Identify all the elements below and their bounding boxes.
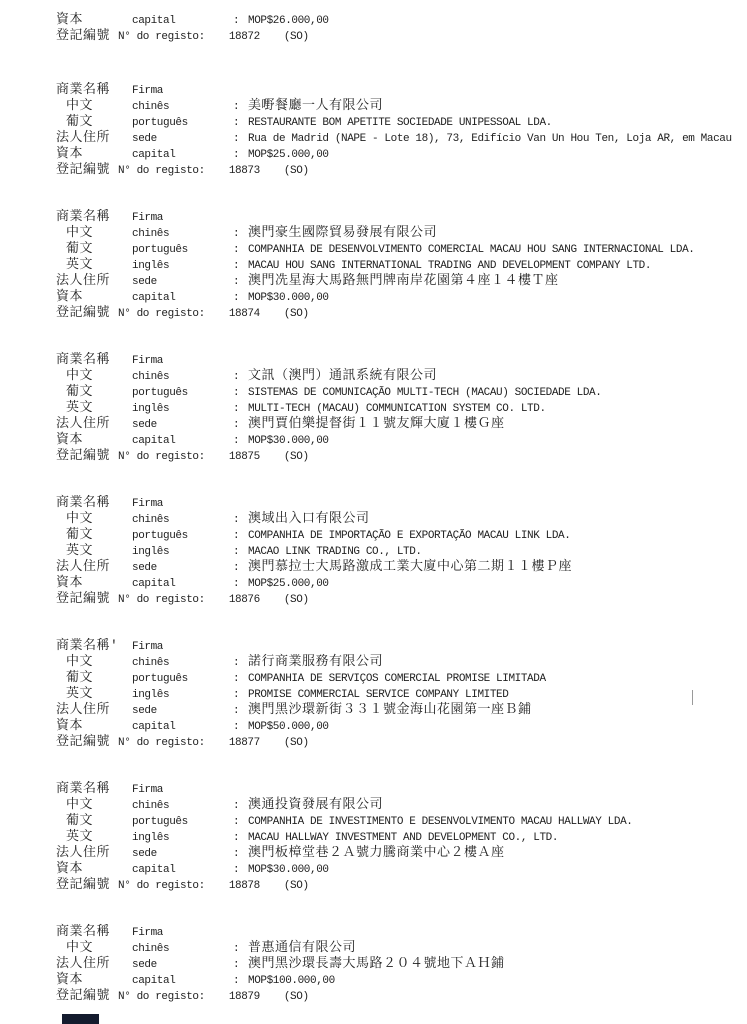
field-label-pt: capital	[132, 576, 233, 592]
field-label-zh: 中文	[56, 797, 132, 813]
field-label-zh: 資本	[56, 972, 132, 988]
field-value: MOP$25.000,00	[248, 576, 741, 592]
field-separator: :	[233, 417, 248, 433]
field-separator: :	[233, 560, 248, 576]
entry-row-sede: 法人住所sede:澳門冼星海大馬路無門牌南岸花園第４座１４樓Ｔ座	[56, 273, 741, 289]
entry-row-capital: 資本capital:MOP$30.000,00	[56, 289, 741, 305]
field-label-zh: 商業名稱	[56, 495, 132, 511]
field-value: 澳通投資發展有限公司	[248, 797, 741, 813]
field-separator: :	[233, 941, 248, 957]
entry-row-portugus: 葡文português:RESTAURANTE BOM APETITE SOCI…	[56, 114, 741, 130]
entry-row-portugus: 葡文português:SISTEMAS DE COMUNICAÇÃO MULT…	[56, 384, 741, 400]
field-label-pt: capital	[132, 433, 233, 449]
entry-row-chins: 中文chinês:澳域出入口有限公司	[56, 511, 741, 527]
field-label-zh: 葡文	[56, 114, 132, 130]
field-separator: :	[233, 115, 248, 131]
field-label-pt: capital	[132, 719, 233, 735]
field-label-zh: 資本	[56, 12, 132, 28]
entry-row-capital: 資本capital:MOP$50.000,00	[56, 718, 741, 734]
registry-entry: 商業名稱Firma中文chinês:普惠通信有限公司法人住所sede:澳門黑沙環…	[56, 924, 741, 1004]
field-value: 美嘢餐廳一人有限公司	[248, 98, 741, 114]
field-label-pt: Firma	[132, 210, 233, 226]
registration-number: 18873	[229, 163, 260, 179]
entry-row-portugus: 葡文português:COMPANHIA DE SERVIÇOS COMERC…	[56, 670, 741, 686]
registration-number: 18874	[229, 306, 260, 322]
field-label-zh: 法人住所	[56, 130, 132, 146]
field-value: MOP$26.000,00	[248, 13, 741, 29]
field-separator: :	[233, 671, 248, 687]
entry-row-firma: 商業名稱Firma	[56, 924, 741, 940]
field-label-pt: sede	[132, 957, 233, 973]
field-label-pt: capital	[132, 290, 233, 306]
entry-row-ingls: 英文inglês:MACAU HOU SANG INTERNATIONAL TR…	[56, 257, 741, 273]
field-value: COMPANHIA DE IMPORTAÇÃO E EXPORTAÇÃO MAC…	[248, 528, 741, 544]
entry-row-firma: 商業名稱'Firma	[56, 638, 741, 654]
field-value: 文訊（澳門）通訊系統有限公司	[248, 368, 741, 384]
field-label-pt: N° do registo:	[118, 735, 205, 751]
field-label-pt: inglês	[132, 544, 233, 560]
field-label-pt: chinês	[132, 941, 233, 957]
field-separator: :	[233, 258, 248, 274]
field-label-pt: chinês	[132, 99, 233, 115]
field-value: MOP$100.000,00	[248, 973, 741, 989]
field-label-zh: 商業名稱	[56, 209, 132, 225]
document-page: 資本capital:MOP$26.000,00登記編號N° do registo…	[0, 0, 747, 1024]
field-label-pt: Firma	[132, 353, 233, 369]
registration-suffix: (SO)	[284, 592, 309, 608]
field-value: 澳門冼星海大馬路無門牌南岸花園第４座１４樓Ｔ座	[248, 273, 741, 289]
registration-number: 18875	[229, 449, 260, 465]
entry-row-firma: 商業名稱Firma	[56, 82, 741, 98]
field-label-zh: 商業名稱	[56, 352, 132, 368]
field-value: PROMISE COMMERCIAL SERVICE COMPANY LIMIT…	[248, 687, 741, 703]
registry-entry: 商業名稱Firma中文chinês:澳通投資發展有限公司葡文português:…	[56, 781, 741, 893]
registration-suffix: (SO)	[284, 29, 309, 45]
entry-row-chins: 中文chinês:澳通投資發展有限公司	[56, 797, 741, 813]
field-value: MOP$30.000,00	[248, 862, 741, 878]
field-label-zh: 中文	[56, 368, 132, 384]
field-label-pt: português	[132, 671, 233, 687]
field-separator: :	[233, 846, 248, 862]
field-label-zh: 登記編號	[56, 448, 118, 464]
field-separator: :	[233, 798, 248, 814]
field-label-pt: N° do registo:	[118, 592, 205, 608]
entry-row-sede: 法人住所sede:Rua de Madrid (NAPE - Lote 18),…	[56, 130, 741, 146]
registration-number: 18877	[229, 735, 260, 751]
field-separator: :	[233, 957, 248, 973]
entry-row-chins: 中文chinês:諾行商業服務有限公司	[56, 654, 741, 670]
entry-row-registo: 登記編號N° do registo:18873(SO)	[56, 162, 741, 178]
field-separator: :	[233, 131, 248, 147]
field-separator: :	[233, 862, 248, 878]
entry-row-chins: 中文chinês:普惠通信有限公司	[56, 940, 741, 956]
entry-row-portugus: 葡文português:COMPANHIA DE INVESTIMENTO E …	[56, 813, 741, 829]
entry-row-chins: 中文chinês:美嘢餐廳一人有限公司	[56, 98, 741, 114]
entry-row-sede: 法人住所sede:澳門板樟堂巷２Ａ號力騰商業中心２樓Ａ座	[56, 845, 741, 861]
entry-row-capital: 資本capital:MOP$30.000,00	[56, 432, 741, 448]
field-value: 澳門板樟堂巷２Ａ號力騰商業中心２樓Ａ座	[248, 845, 741, 861]
entry-row-chins: 中文chinês:文訊（澳門）通訊系統有限公司	[56, 368, 741, 384]
registration-number: 18878	[229, 878, 260, 894]
field-label-zh: 英文	[56, 686, 132, 702]
entry-row-capital: 資本capital:MOP$100.000,00	[56, 972, 741, 988]
registry-entry: 資本capital:MOP$26.000,00登記編號N° do registo…	[56, 12, 741, 44]
registry-entry: 商業名稱Firma中文chinês:文訊（澳門）通訊系統有限公司葡文portug…	[56, 352, 741, 464]
entry-row-registo: 登記編號N° do registo:18874(SO)	[56, 305, 741, 321]
field-value: RESTAURANTE BOM APETITE SOCIEDADE UNIPES…	[248, 115, 741, 131]
field-label-zh: 商業名稱	[56, 82, 132, 98]
field-value: 澳域出入口有限公司	[248, 511, 741, 527]
scan-artifact-blot	[62, 1014, 99, 1024]
field-label-pt: capital	[132, 862, 233, 878]
entry-row-portugus: 葡文português:COMPANHIA DE DESENVOLVIMENTO…	[56, 241, 741, 257]
field-label-pt: N° do registo:	[118, 989, 205, 1005]
registration-number: 18879	[229, 989, 260, 1005]
field-label-zh: 中文	[56, 654, 132, 670]
field-label-zh: 葡文	[56, 813, 132, 829]
field-label-pt: sede	[132, 703, 233, 719]
field-label-pt: sede	[132, 417, 233, 433]
field-label-pt: sede	[132, 846, 233, 862]
field-value: COMPANHIA DE INVESTIMENTO E DESENVOLVIME…	[248, 814, 741, 830]
field-label-pt: N° do registo:	[118, 449, 205, 465]
field-separator: :	[233, 274, 248, 290]
field-label-zh: 法人住所	[56, 559, 132, 575]
field-label-zh: 資本	[56, 718, 132, 734]
field-label-zh: 商業名稱'	[56, 638, 132, 654]
entry-row-registo: 登記編號N° do registo:18877(SO)	[56, 734, 741, 750]
field-label-pt: Firma	[132, 639, 233, 655]
entry-row-chins: 中文chinês:澳門豪生國際貿易發展有限公司	[56, 225, 741, 241]
field-value: MACAU HALLWAY INVESTMENT AND DEVELOPMENT…	[248, 830, 741, 846]
field-label-pt: inglês	[132, 687, 233, 703]
field-label-pt: chinês	[132, 798, 233, 814]
entry-row-capital: 資本capital:MOP$25.000,00	[56, 146, 741, 162]
field-label-pt: inglês	[132, 830, 233, 846]
field-value: MOP$50.000,00	[248, 719, 741, 735]
field-label-pt: Firma	[132, 83, 233, 99]
field-label-pt: Firma	[132, 925, 233, 941]
entry-row-sede: 法人住所sede:澳門黑沙環新街３３１號金海山花園第一座Ｂ鋪	[56, 702, 741, 718]
registry-entry: 商業名稱Firma中文chinês:美嘢餐廳一人有限公司葡文português:…	[56, 82, 741, 178]
field-label-pt: português	[132, 528, 233, 544]
registry-entry: 商業名稱Firma中文chinês:澳門豪生國際貿易發展有限公司葡文portug…	[56, 209, 741, 321]
field-label-pt: chinês	[132, 226, 233, 242]
field-value: 普惠通信有限公司	[248, 940, 741, 956]
field-label-zh: 登記編號	[56, 988, 118, 1004]
registration-suffix: (SO)	[284, 735, 309, 751]
field-label-zh: 法人住所	[56, 956, 132, 972]
field-label-zh: 英文	[56, 400, 132, 416]
field-separator: :	[233, 433, 248, 449]
field-separator: :	[233, 655, 248, 671]
field-label-pt: chinês	[132, 655, 233, 671]
field-label-zh: 商業名稱	[56, 924, 132, 940]
entry-row-firma: 商業名稱Firma	[56, 352, 741, 368]
field-value: MOP$25.000,00	[248, 147, 741, 163]
field-label-zh: 登記編號	[56, 305, 118, 321]
field-label-zh: 商業名稱	[56, 781, 132, 797]
registration-suffix: (SO)	[284, 163, 309, 179]
field-separator: :	[233, 544, 248, 560]
field-label-zh: 中文	[56, 98, 132, 114]
field-label-zh: 中文	[56, 940, 132, 956]
field-value: MULTI-TECH (MACAU) COMMUNICATION SYSTEM …	[248, 401, 741, 417]
field-value: COMPANHIA DE DESENVOLVIMENTO COMERCIAL M…	[248, 242, 741, 258]
field-label-zh: 資本	[56, 861, 132, 877]
field-separator: :	[233, 369, 248, 385]
field-value: Rua de Madrid (NAPE - Lote 18), 73, Edif…	[248, 131, 741, 147]
entry-row-sede: 法人住所sede:澳門慕拉士大馬路激成工業大廈中心第二期１１樓Ｐ座	[56, 559, 741, 575]
entry-row-ingls: 英文inglês:MACAO LINK TRADING CO., LTD.	[56, 543, 741, 559]
field-label-pt: português	[132, 385, 233, 401]
registration-number: 18872	[229, 29, 260, 45]
entry-row-ingls: 英文inglês:MULTI-TECH (MACAU) COMMUNICATIO…	[56, 400, 741, 416]
field-label-zh: 登記編號	[56, 28, 118, 44]
field-separator: :	[233, 385, 248, 401]
field-label-zh: 法人住所	[56, 845, 132, 861]
field-label-zh: 登記編號	[56, 591, 118, 607]
field-separator: :	[233, 226, 248, 242]
registry-list: 資本capital:MOP$26.000,00登記編號N° do registo…	[56, 0, 741, 1004]
entry-row-firma: 商業名稱Firma	[56, 781, 741, 797]
field-separator: :	[233, 401, 248, 417]
field-label-zh: 法人住所	[56, 273, 132, 289]
field-label-zh: 葡文	[56, 527, 132, 543]
entry-row-capital: 資本capital:MOP$30.000,00	[56, 861, 741, 877]
field-label-zh: 資本	[56, 432, 132, 448]
field-separator: :	[233, 973, 248, 989]
field-value: 澳門慕拉士大馬路激成工業大廈中心第二期１１樓Ｐ座	[248, 559, 741, 575]
field-value: MOP$30.000,00	[248, 433, 741, 449]
field-label-pt: sede	[132, 131, 233, 147]
field-separator: :	[233, 290, 248, 306]
field-label-pt: capital	[132, 147, 233, 163]
entry-row-firma: 商業名稱Firma	[56, 495, 741, 511]
entry-row-registo: 登記編號N° do registo:18872(SO)	[56, 28, 741, 44]
entry-row-registo: 登記編號N° do registo:18878(SO)	[56, 877, 741, 893]
field-label-zh: 登記編號	[56, 162, 118, 178]
registry-entry: 商業名稱'Firma中文chinês:諾行商業服務有限公司葡文português…	[56, 638, 741, 750]
registration-suffix: (SO)	[284, 989, 309, 1005]
registry-entry: 商業名稱Firma中文chinês:澳域出入口有限公司葡文português:C…	[56, 495, 741, 607]
field-label-zh: 中文	[56, 225, 132, 241]
field-label-zh: 法人住所	[56, 702, 132, 718]
registration-suffix: (SO)	[284, 878, 309, 894]
field-separator: :	[233, 576, 248, 592]
entry-row-capital: 資本capital:MOP$25.000,00	[56, 575, 741, 591]
field-separator: :	[233, 830, 248, 846]
field-label-pt: inglês	[132, 258, 233, 274]
field-value: 諾行商業服務有限公司	[248, 654, 741, 670]
entry-row-ingls: 英文inglês:PROMISE COMMERCIAL SERVICE COMP…	[56, 686, 741, 702]
field-value: 澳門豪生國際貿易發展有限公司	[248, 225, 741, 241]
field-separator: :	[233, 687, 248, 703]
field-label-pt: sede	[132, 274, 233, 290]
field-label-zh: 英文	[56, 257, 132, 273]
registration-suffix: (SO)	[284, 449, 309, 465]
entry-row-registo: 登記編號N° do registo:18879(SO)	[56, 988, 741, 1004]
field-label-pt: português	[132, 814, 233, 830]
field-label-zh: 英文	[56, 543, 132, 559]
field-label-pt: Firma	[132, 496, 233, 512]
field-label-pt: chinês	[132, 512, 233, 528]
field-label-pt: N° do registo:	[118, 163, 205, 179]
field-separator: :	[233, 528, 248, 544]
field-separator: :	[233, 719, 248, 735]
field-label-pt: português	[132, 242, 233, 258]
field-label-zh: 資本	[56, 289, 132, 305]
field-label-pt: português	[132, 115, 233, 131]
field-label-pt: N° do registo:	[118, 306, 205, 322]
field-label-zh: 資本	[56, 146, 132, 162]
scan-artifact-tick	[692, 690, 693, 705]
field-label-pt: capital	[132, 973, 233, 989]
entry-row-ingls: 英文inglês:MACAU HALLWAY INVESTMENT AND DE…	[56, 829, 741, 845]
entry-row-registo: 登記編號N° do registo:18875(SO)	[56, 448, 741, 464]
registration-number: 18876	[229, 592, 260, 608]
field-separator: :	[233, 147, 248, 163]
field-label-zh: 法人住所	[56, 416, 132, 432]
field-label-zh: 葡文	[56, 670, 132, 686]
field-label-zh: 葡文	[56, 241, 132, 257]
field-separator: :	[233, 99, 248, 115]
entry-row-registo: 登記編號N° do registo:18876(SO)	[56, 591, 741, 607]
field-separator: :	[233, 703, 248, 719]
field-separator: :	[233, 512, 248, 528]
field-label-pt: capital	[132, 13, 233, 29]
entry-row-capital: 資本capital:MOP$26.000,00	[56, 12, 741, 28]
field-label-zh: 葡文	[56, 384, 132, 400]
field-value: 澳門賈伯樂提督街１１號友輝大廈１樓Ｇ座	[248, 416, 741, 432]
field-value: COMPANHIA DE SERVIÇOS COMERCIAL PROMISE …	[248, 671, 741, 687]
entry-row-sede: 法人住所sede:澳門黑沙環長壽大馬路２０４號地下ＡＨ鋪	[56, 956, 741, 972]
field-value: 澳門黑沙環新街３３１號金海山花園第一座Ｂ鋪	[248, 702, 741, 718]
field-value: SISTEMAS DE COMUNICAÇÃO MULTI-TECH (MACA…	[248, 385, 741, 401]
field-value: MACAU HOU SANG INTERNATIONAL TRADING AND…	[248, 258, 741, 274]
field-value: MACAO LINK TRADING CO., LTD.	[248, 544, 741, 560]
registration-suffix: (SO)	[284, 306, 309, 322]
field-value: 澳門黑沙環長壽大馬路２０４號地下ＡＨ鋪	[248, 956, 741, 972]
field-label-pt: N° do registo:	[118, 29, 205, 45]
field-separator: :	[233, 13, 248, 29]
entry-row-firma: 商業名稱Firma	[56, 209, 741, 225]
field-label-zh: 登記編號	[56, 734, 118, 750]
field-label-zh: 英文	[56, 829, 132, 845]
entry-row-sede: 法人住所sede:澳門賈伯樂提督街１１號友輝大廈１樓Ｇ座	[56, 416, 741, 432]
field-value: MOP$30.000,00	[248, 290, 741, 306]
field-label-pt: N° do registo:	[118, 878, 205, 894]
field-separator: :	[233, 242, 248, 258]
field-label-zh: 登記編號	[56, 877, 118, 893]
field-label-zh: 中文	[56, 511, 132, 527]
field-label-pt: Firma	[132, 782, 233, 798]
field-label-zh: 資本	[56, 575, 132, 591]
field-label-pt: inglês	[132, 401, 233, 417]
field-label-pt: chinês	[132, 369, 233, 385]
field-separator: :	[233, 814, 248, 830]
field-label-pt: sede	[132, 560, 233, 576]
entry-row-portugus: 葡文português:COMPANHIA DE IMPORTAÇÃO E EX…	[56, 527, 741, 543]
